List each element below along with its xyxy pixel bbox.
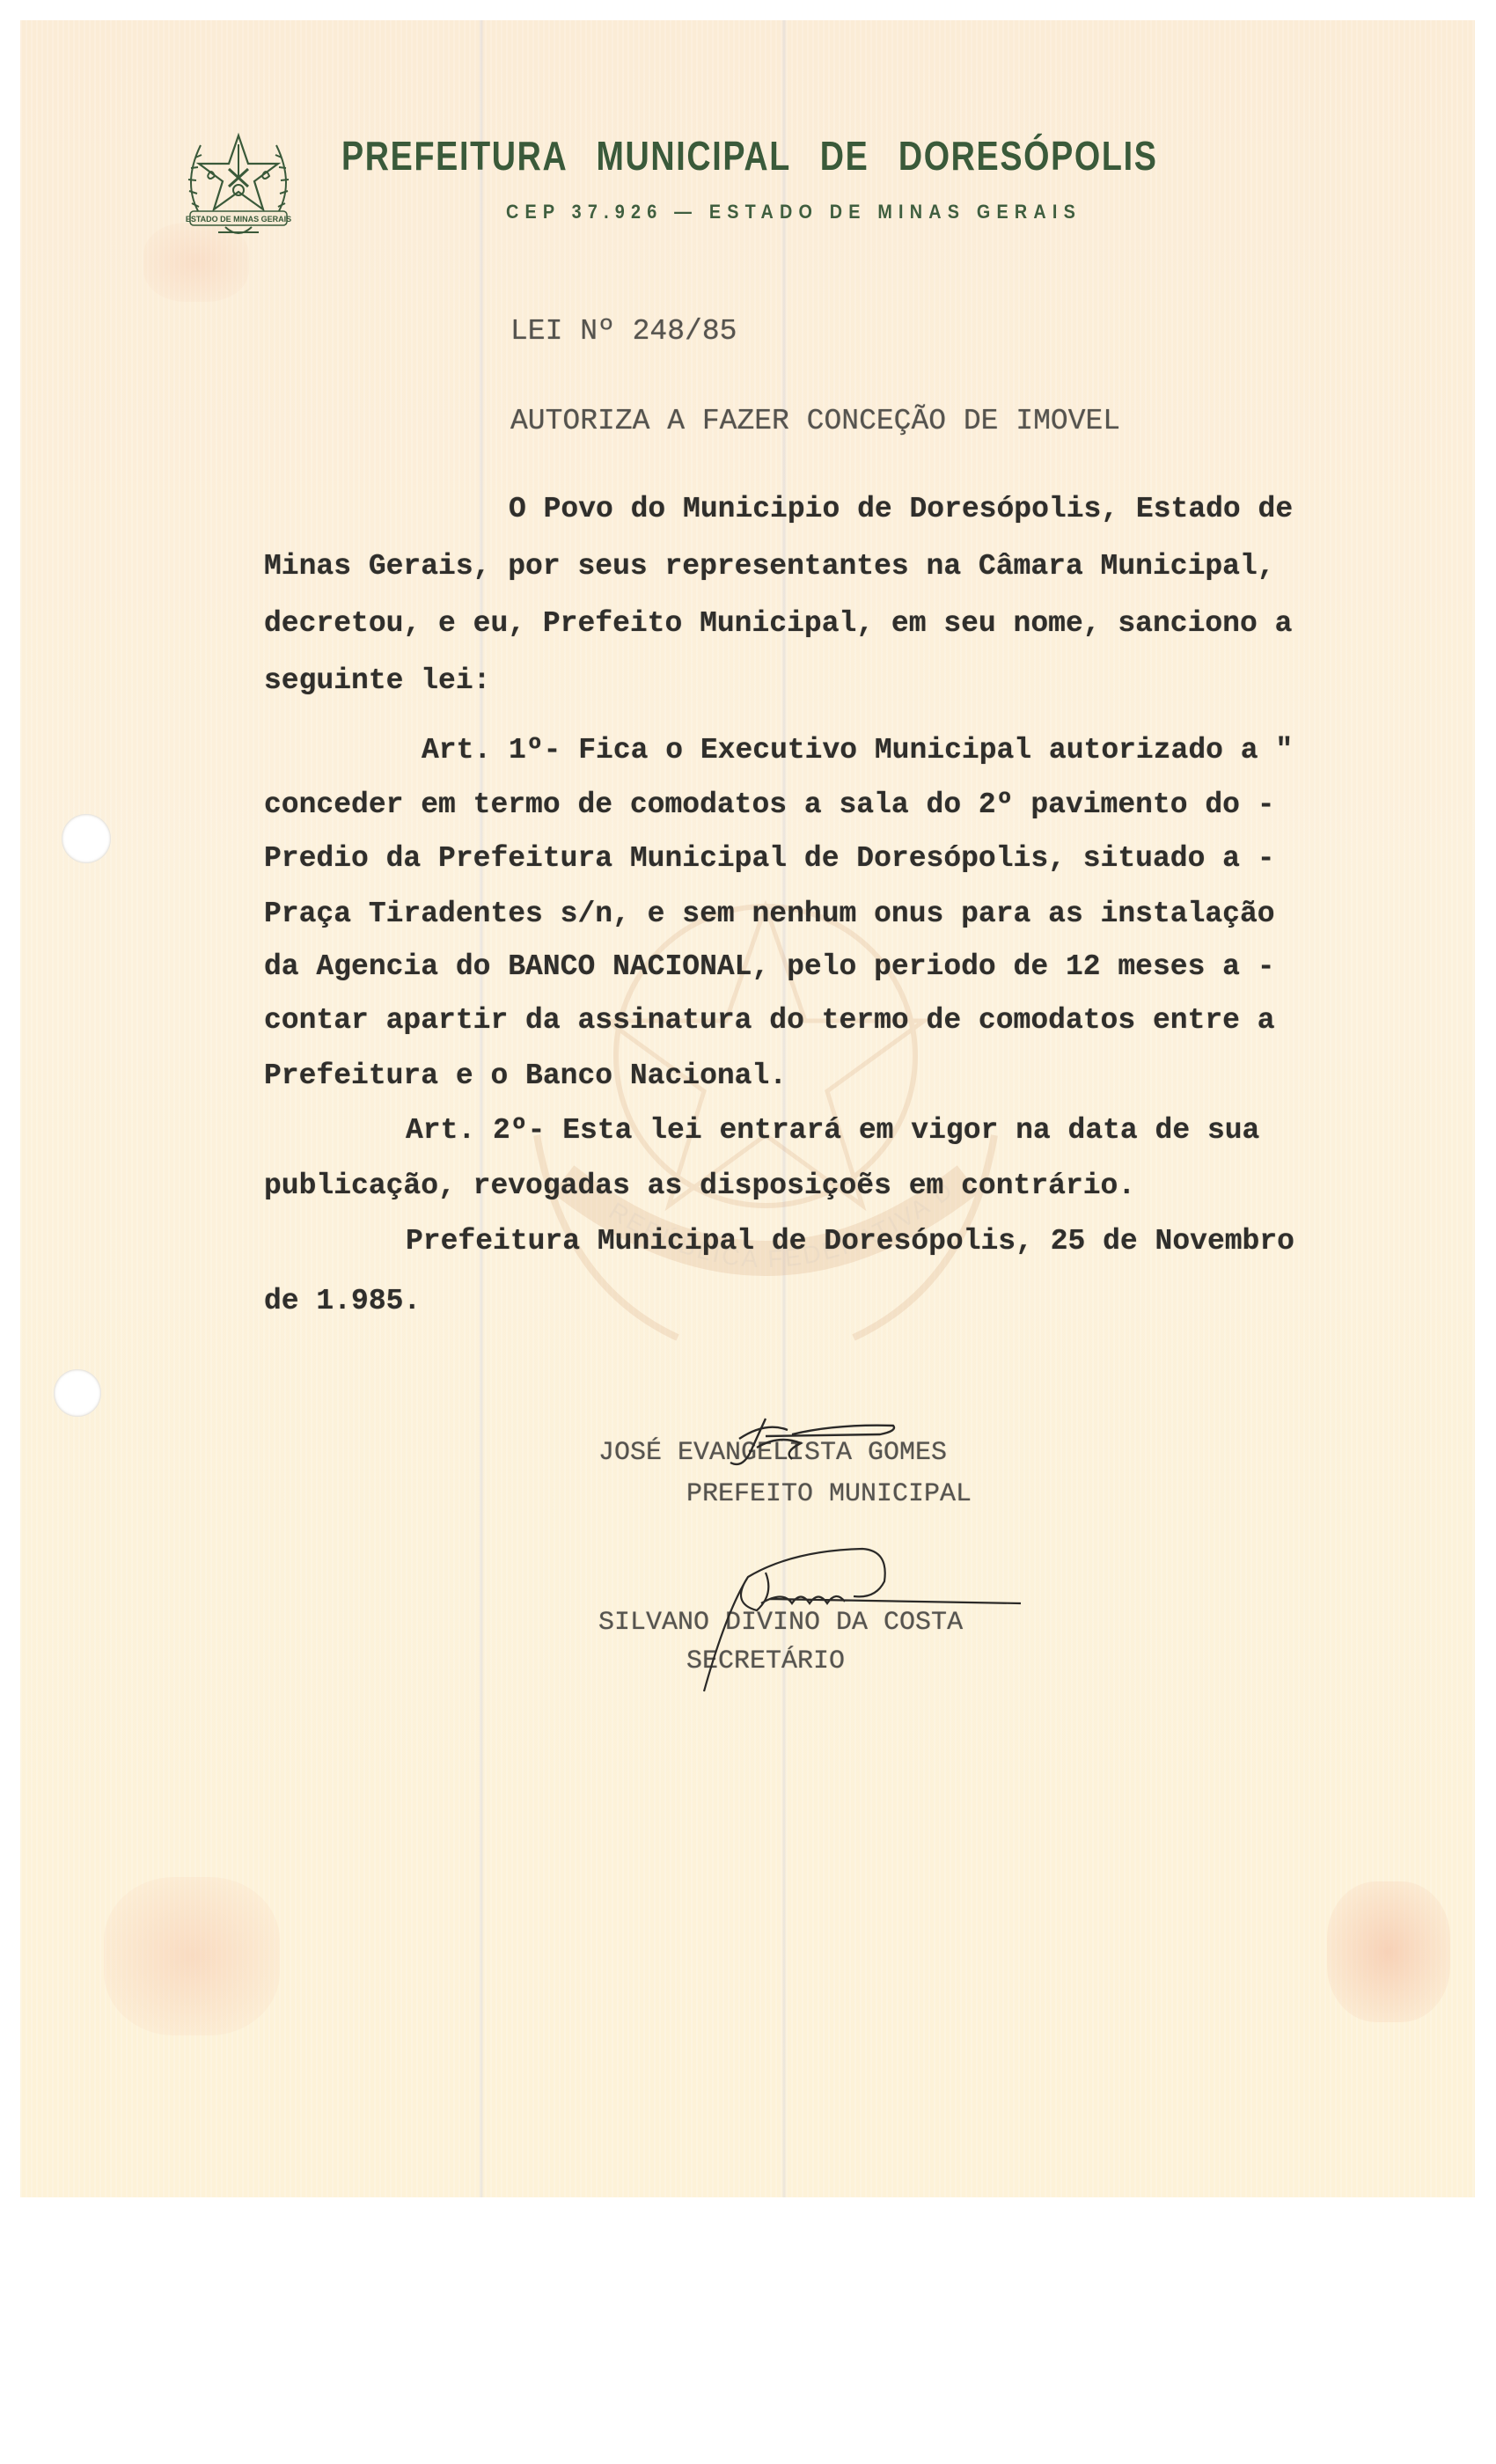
article-1-line: Art. 1º- Fica o Executivo Municipal auto… [422,736,1293,765]
article-2-line: Art. 2º- Esta lei entrará em vigor na da… [406,1116,1259,1145]
signatory-role: PREFEITO MUNICIPAL [686,1481,972,1507]
preamble-line: Minas Gerais, por seus representantes na… [264,552,1275,581]
punch-hole [62,814,111,863]
handwritten-signature-icon [704,1408,898,1478]
preamble-line: O Povo do Municipio de Doresópolis, Esta… [509,495,1293,524]
stain [104,1877,280,2035]
article-1-line: Predio da Prefeitura Municipal de Doresó… [264,844,1275,873]
law-heading: AUTORIZA A FAZER CONCEÇÃO DE IMOVEL [510,407,1120,436]
stain [1327,1881,1450,2022]
punch-hole [54,1369,101,1417]
letterhead-title: PREFEITURA MUNICIPAL DE DORESÓPOLIS [341,132,1165,180]
svg-text:ESTADO DE MINAS GERAIS: ESTADO DE MINAS GERAIS [186,215,291,224]
minas-gerais-crest-icon: ESTADO DE MINAS GERAIS [174,123,303,246]
article-2-line: publicação, revogadas as disposiçoẽs em … [264,1171,1135,1200]
letterhead-subtitle: CEP 37.926 — ESTADO DE MINAS GERAIS [506,201,1082,224]
article-1-line: Prefeitura e o Banco Nacional. [264,1061,787,1090]
closing-line: de 1.985. [264,1287,421,1316]
article-1-line: da Agencia do BANCO NACIONAL, pelo perio… [264,952,1275,981]
preamble-line: decretou, e eu, Prefeito Municipal, em s… [264,609,1292,638]
article-1-line: conceder em termo de comodatos a sala do… [264,790,1275,819]
article-1-line: contar apartir da assinatura do termo de… [264,1006,1275,1035]
handwritten-signature-icon [686,1542,1038,1700]
closing-line: Prefeitura Municipal de Doresópolis, 25 … [406,1227,1294,1256]
preamble-line: seguinte lei: [264,666,490,695]
law-number: LEI Nº 248/85 [510,317,737,346]
article-1-line: Praça Tiradentes s/n, e sem nenhum onus … [264,899,1275,928]
